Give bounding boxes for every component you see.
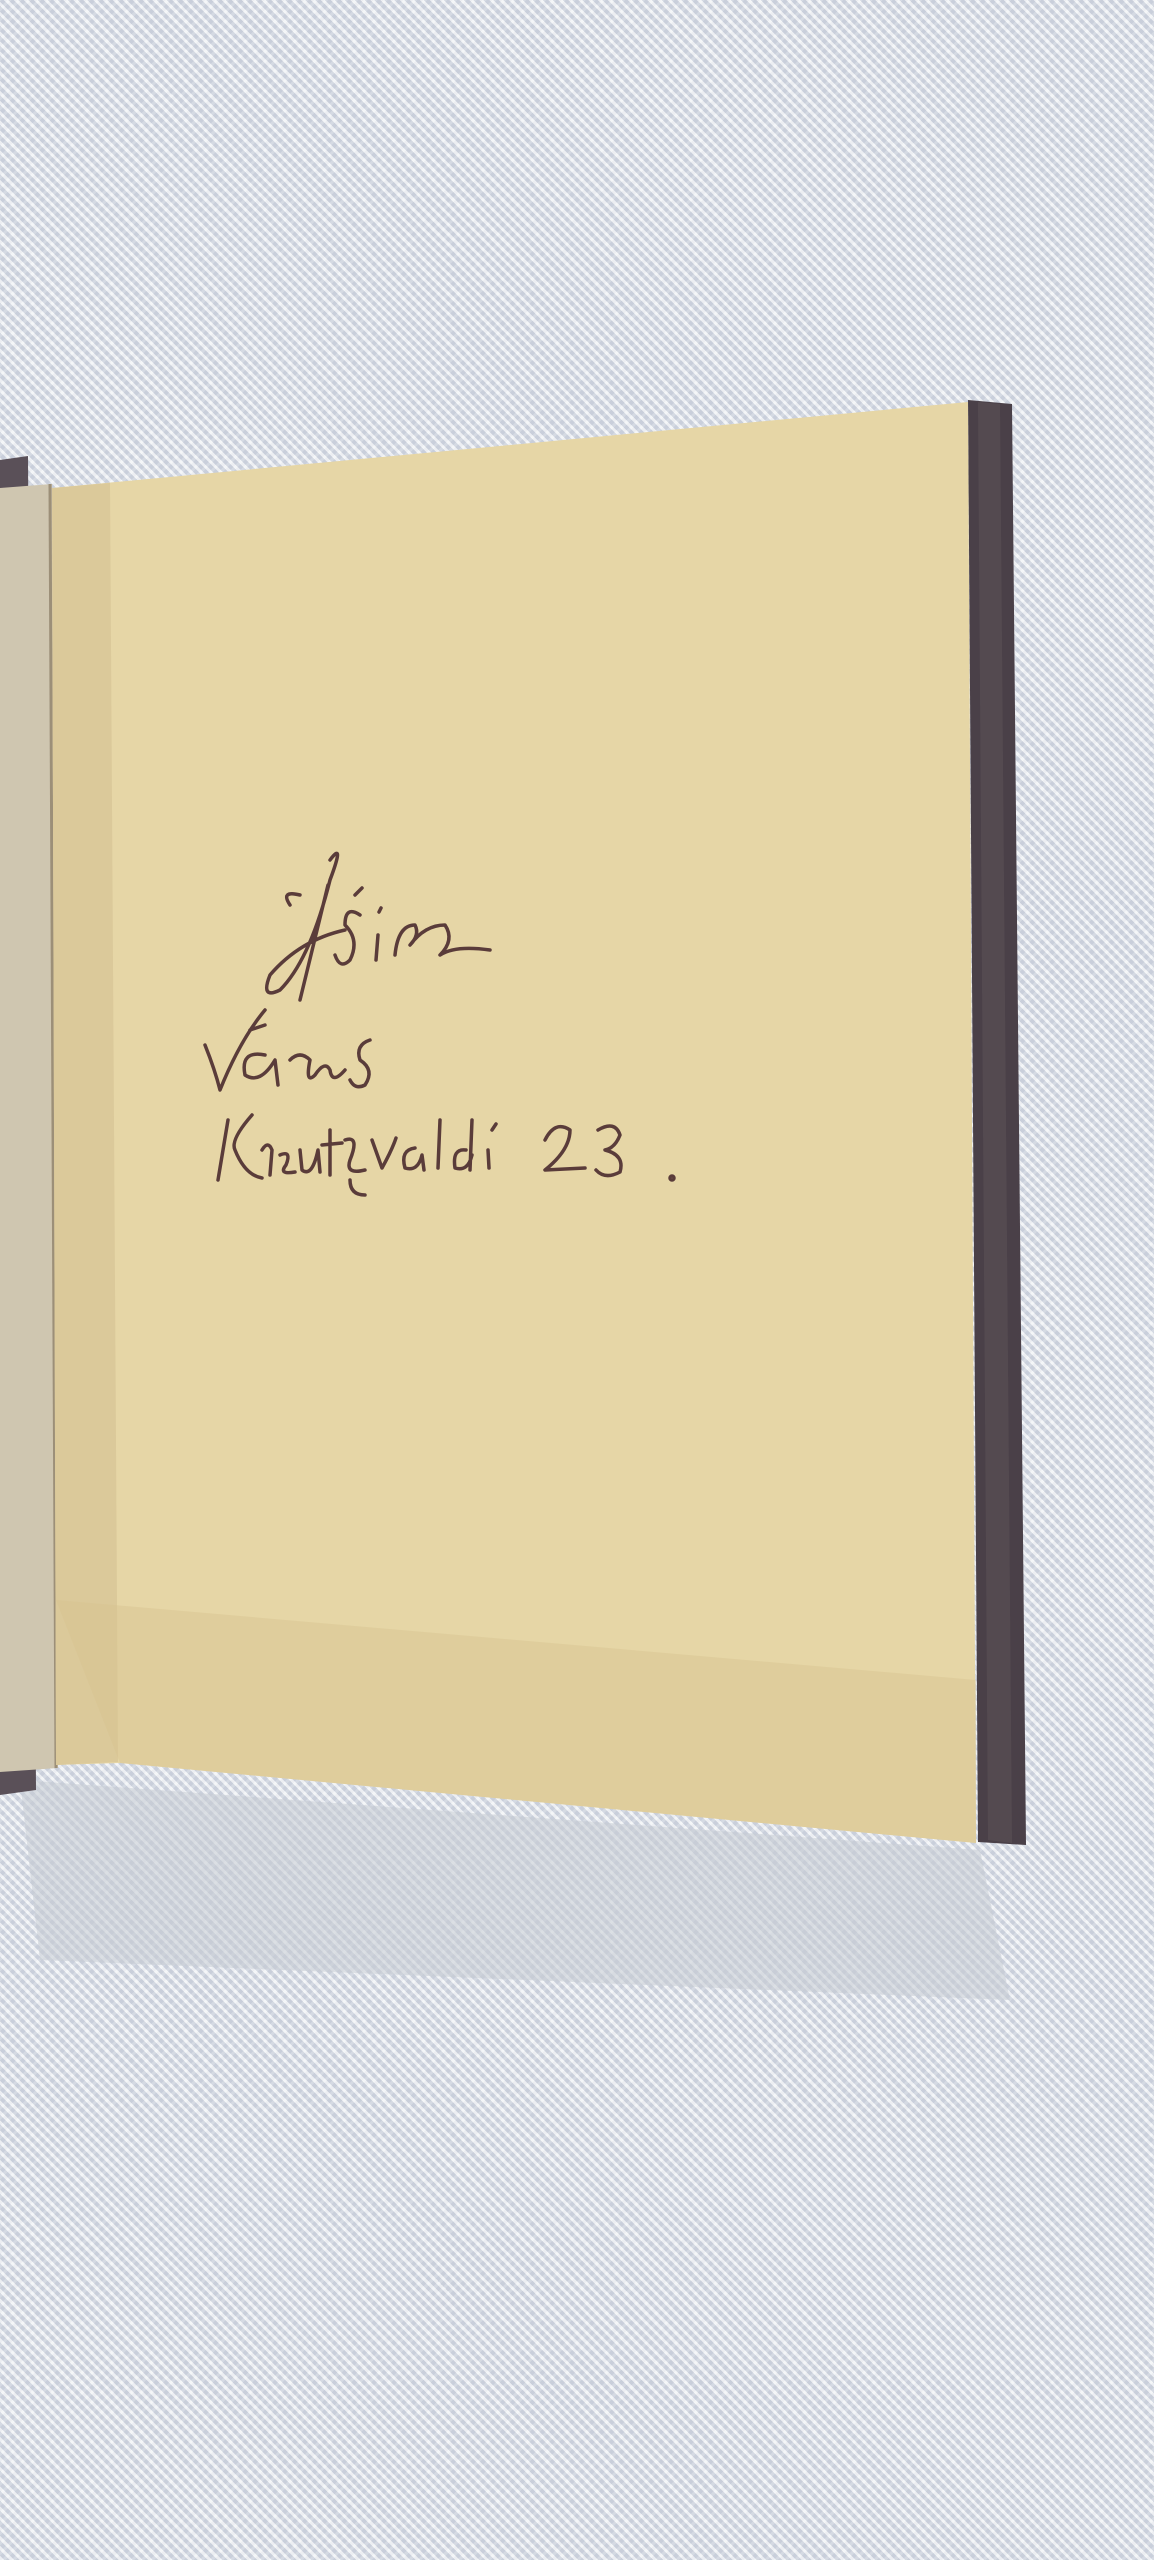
linen-hinge [0, 484, 58, 1772]
book-photo [0, 0, 1154, 2560]
photo-scene [0, 0, 1154, 2560]
